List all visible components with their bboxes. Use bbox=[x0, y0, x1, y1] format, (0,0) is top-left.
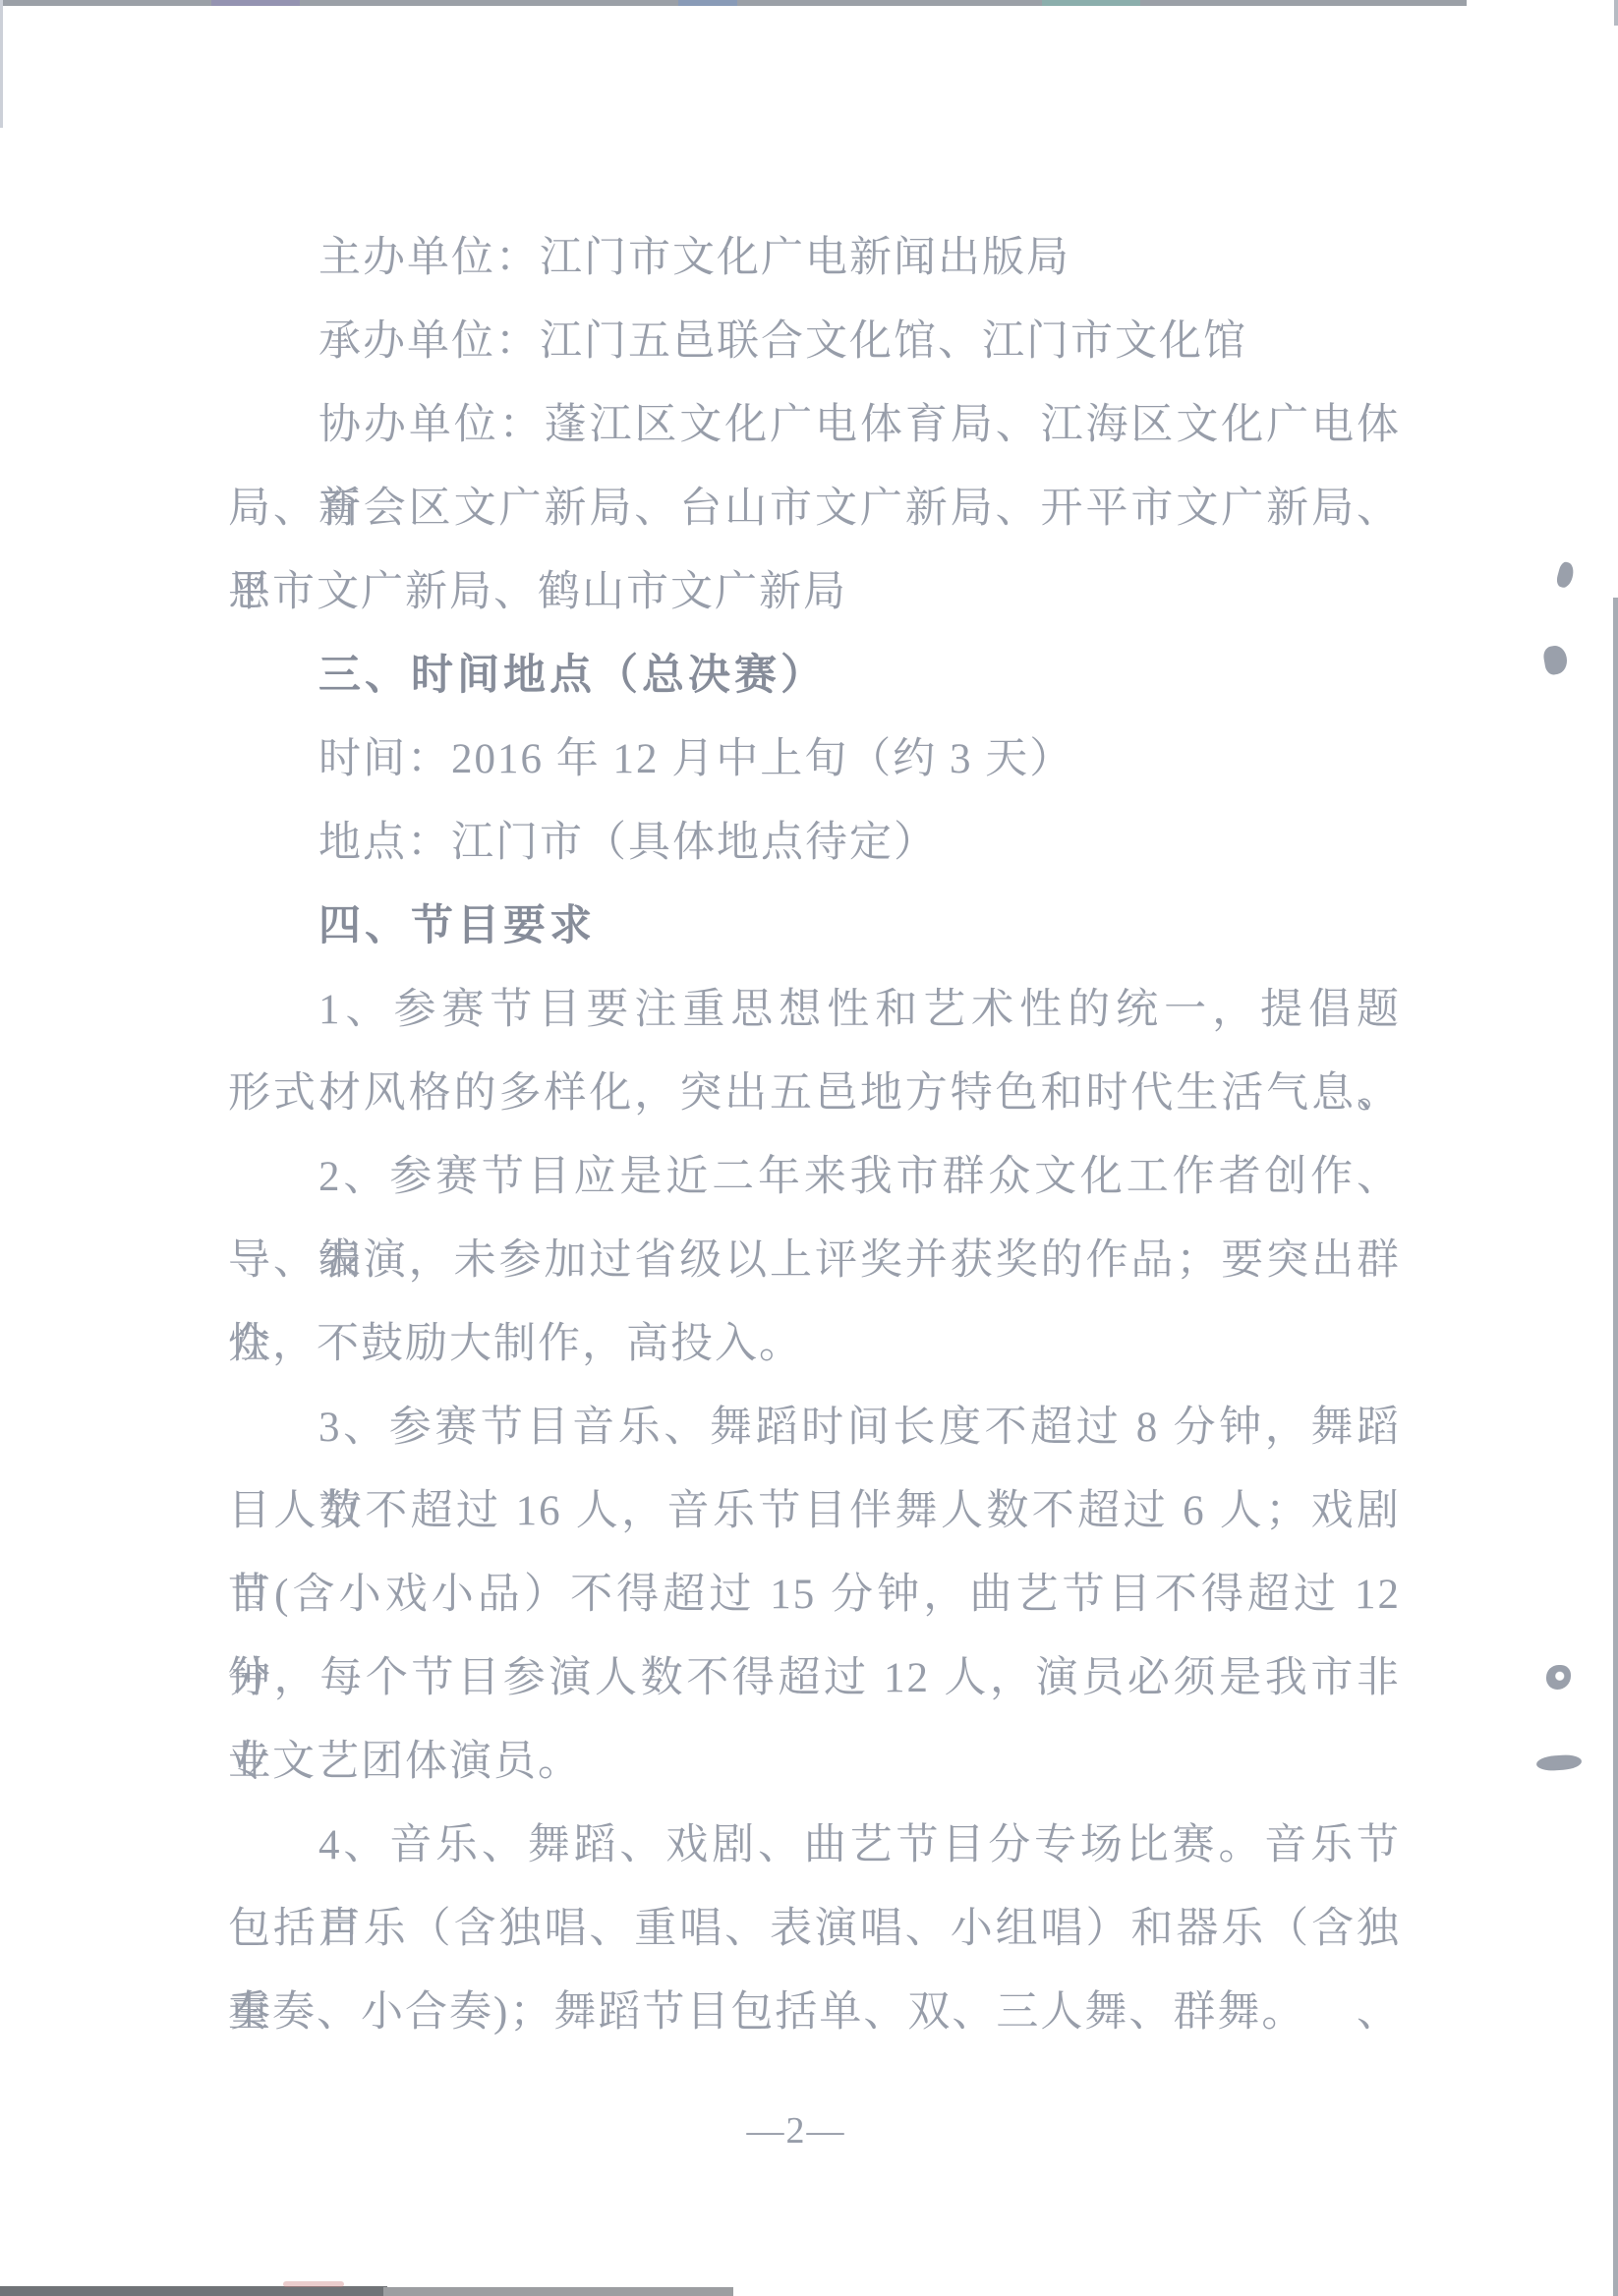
text-line: 目人数不超过 16 人，音乐节目伴舞人数不超过 6 人；戏剧节 bbox=[228, 1469, 1401, 1553]
text-line: 包括声乐（含独唱、重唱、表演唱、小组唱）和器乐（含独奏、 bbox=[228, 1887, 1401, 1971]
text-line: 1、参赛节目要注重思想性和艺术性的统一，提倡题材、 bbox=[228, 968, 1401, 1052]
ink-smudge-3 bbox=[1546, 1665, 1571, 1690]
page-number: —2— bbox=[0, 2109, 1592, 2152]
scan-edge-top-tint bbox=[678, 0, 737, 6]
scan-edge-left bbox=[0, 0, 3, 128]
text-line: 性，不鼓励大制作，高投入。 bbox=[228, 1302, 1401, 1386]
ink-smudge-4 bbox=[1536, 1753, 1583, 1771]
text-block: 主办单位：江门市文化广电新闻出版局承办单位：江门五邑联合文化馆、江门市文化馆协办… bbox=[228, 216, 1401, 2054]
text-line: 导、表演，未参加过省级以上评奖并获奖的作品；要突出群众 bbox=[228, 1219, 1401, 1302]
text-line: 时间：2016 年 12 月中上旬（约 3 天） bbox=[228, 717, 1401, 801]
text-line: 平市文广新局、鹤山市文广新局 bbox=[228, 550, 1401, 634]
text-line: 协办单位：蓬江区文化广电体育局、江海区文化广电体育 bbox=[228, 383, 1401, 467]
heading-line: 三、时间地点（总决赛） bbox=[228, 634, 1401, 717]
text-line: 业文艺团体演员。 bbox=[228, 1720, 1401, 1804]
scan-edge-right-tick bbox=[1614, 0, 1618, 26]
scan-edge-right bbox=[1613, 598, 1618, 2296]
scanned-page: 主办单位：江门市文化广电新闻出版局承办单位：江门五邑联合文化馆、江门市文化馆协办… bbox=[0, 0, 1618, 2296]
scan-edge-top-tint bbox=[211, 0, 300, 6]
scan-edge-top-tint bbox=[1042, 0, 1140, 6]
text-line: 主办单位：江门市文化广电新闻出版局 bbox=[228, 216, 1401, 300]
text-line: 2、参赛节目应是近二年来我市群众文化工作者创作、编 bbox=[228, 1135, 1401, 1219]
text-line: 局、新会区文广新局、台山市文广新局、开平市文广新局、恩 bbox=[228, 467, 1401, 550]
text-line: 重奏、小合奏)；舞蹈节目包括单、双、三人舞、群舞。 bbox=[228, 1971, 1401, 2054]
text-line: 承办单位：江门五邑联合文化馆、江门市文化馆 bbox=[228, 300, 1401, 383]
text-line: 3、参赛节目音乐、舞蹈时间长度不超过 8 分钟，舞蹈节 bbox=[228, 1386, 1401, 1469]
scan-shadow-bottom-dark bbox=[0, 2286, 387, 2296]
text-line: 目(含小戏小品）不得超过 15 分钟，曲艺节目不得超过 12 分 bbox=[228, 1553, 1401, 1636]
text-line: 4、音乐、舞蹈、戏剧、曲艺节目分专场比赛。音乐节目 bbox=[228, 1804, 1401, 1887]
ink-smudge-1 bbox=[1555, 561, 1576, 590]
heading-line: 四、节目要求 bbox=[228, 885, 1401, 968]
text-line: 形式、风格的多样化，突出五邑地方特色和时代生活气息。 bbox=[228, 1052, 1401, 1135]
scan-shadow-bottom-light bbox=[383, 2287, 733, 2296]
text-line: 钟，每个节目参演人数不得超过 12 人，演员必须是我市非专 bbox=[228, 1636, 1401, 1720]
scan-shadow-bottom-red-tint bbox=[283, 2281, 344, 2287]
text-line: 地点：江门市（具体地点待定） bbox=[228, 801, 1401, 885]
ink-smudge-2 bbox=[1542, 644, 1570, 676]
